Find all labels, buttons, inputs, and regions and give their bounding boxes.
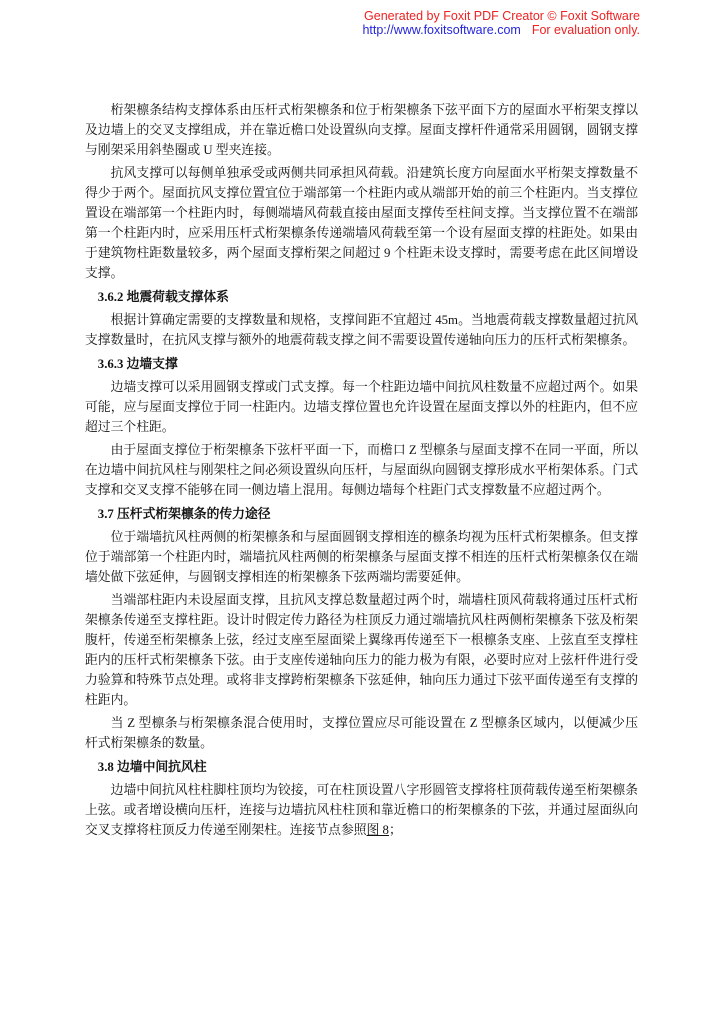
- body-paragraph: 边墙中间抗风柱柱脚柱顶均为铰接，可在柱顶设置八字形圆管支撑将柱顶荷载传递至桁架檩…: [85, 780, 638, 840]
- figure-8-reference-link[interactable]: 图 8: [367, 823, 389, 837]
- watermark-second-line: http://www.foxitsoftware.comFor evaluati…: [362, 23, 640, 37]
- body-paragraph: 桁架檩条结构支撑体系由压杆式桁架檩条和位于桁架檩条下弦平面下方的屋面水平桁架支撑…: [85, 100, 638, 160]
- foxit-watermark: Generated by Foxit PDF Creator © Foxit S…: [362, 9, 640, 37]
- section-heading: 3.6.3 边墙支撑: [85, 354, 638, 374]
- watermark-generated-line: Generated by Foxit PDF Creator © Foxit S…: [362, 9, 640, 23]
- body-paragraph: 当端部柱距内未设屋面支撑，且抗风支撑总数量超过两个时，端墙柱顶风荷载将通过压杆式…: [85, 590, 638, 710]
- body-paragraph: 当 Z 型檩条与桁架檩条混合使用时，支撑位置应尽可能设置在 Z 型檩条区域内，以…: [85, 713, 638, 753]
- section-heading: 3.8 边墙中间抗风柱: [85, 757, 638, 777]
- foxit-url-link[interactable]: http://www.foxitsoftware.com: [362, 23, 520, 37]
- body-paragraph: 边墙支撑可以采用圆钢支撑或门式支撑。每一个柱距边墙中间抗风柱数量不应超过两个。如…: [85, 377, 638, 437]
- body-paragraph: 位于端墙抗风柱两侧的桁架檩条和与屋面圆钢支撑相连的檩条均视为压杆式桁架檩条。但支…: [85, 527, 638, 587]
- section-heading: 3.6.2 地震荷载支撑体系: [85, 287, 638, 307]
- document-body: 桁架檩条结构支撑体系由压杆式桁架檩条和位于桁架檩条下弦平面下方的屋面水平桁架支撑…: [85, 100, 638, 840]
- body-paragraph: 根据计算确定需要的支撑数量和规格，支撑间距不宜超过 45m。当地震荷载支撑数量超…: [85, 310, 638, 350]
- body-paragraph: 抗风支撑可以每侧单独承受或两侧共同承担风荷载。沿建筑长度方向屋面水平桁架支撑数量…: [85, 163, 638, 283]
- document-page: Generated by Foxit PDF Creator © Foxit S…: [0, 0, 724, 1024]
- paragraph-text: ；: [389, 823, 402, 837]
- section-heading: 3.7 压杆式桁架檩条的传力途径: [85, 504, 638, 524]
- watermark-evaluation-note: For evaluation only.: [532, 23, 640, 37]
- paragraph-text: 边墙中间抗风柱柱脚柱顶均为铰接，可在柱顶设置八字形圆管支撑将柱顶荷载传递至桁架檩…: [85, 783, 638, 837]
- body-paragraph: 由于屋面支撑位于桁架檩条下弦杆平面一下，而檐口 Z 型檩条与屋面支撑不在同一平面…: [85, 440, 638, 500]
